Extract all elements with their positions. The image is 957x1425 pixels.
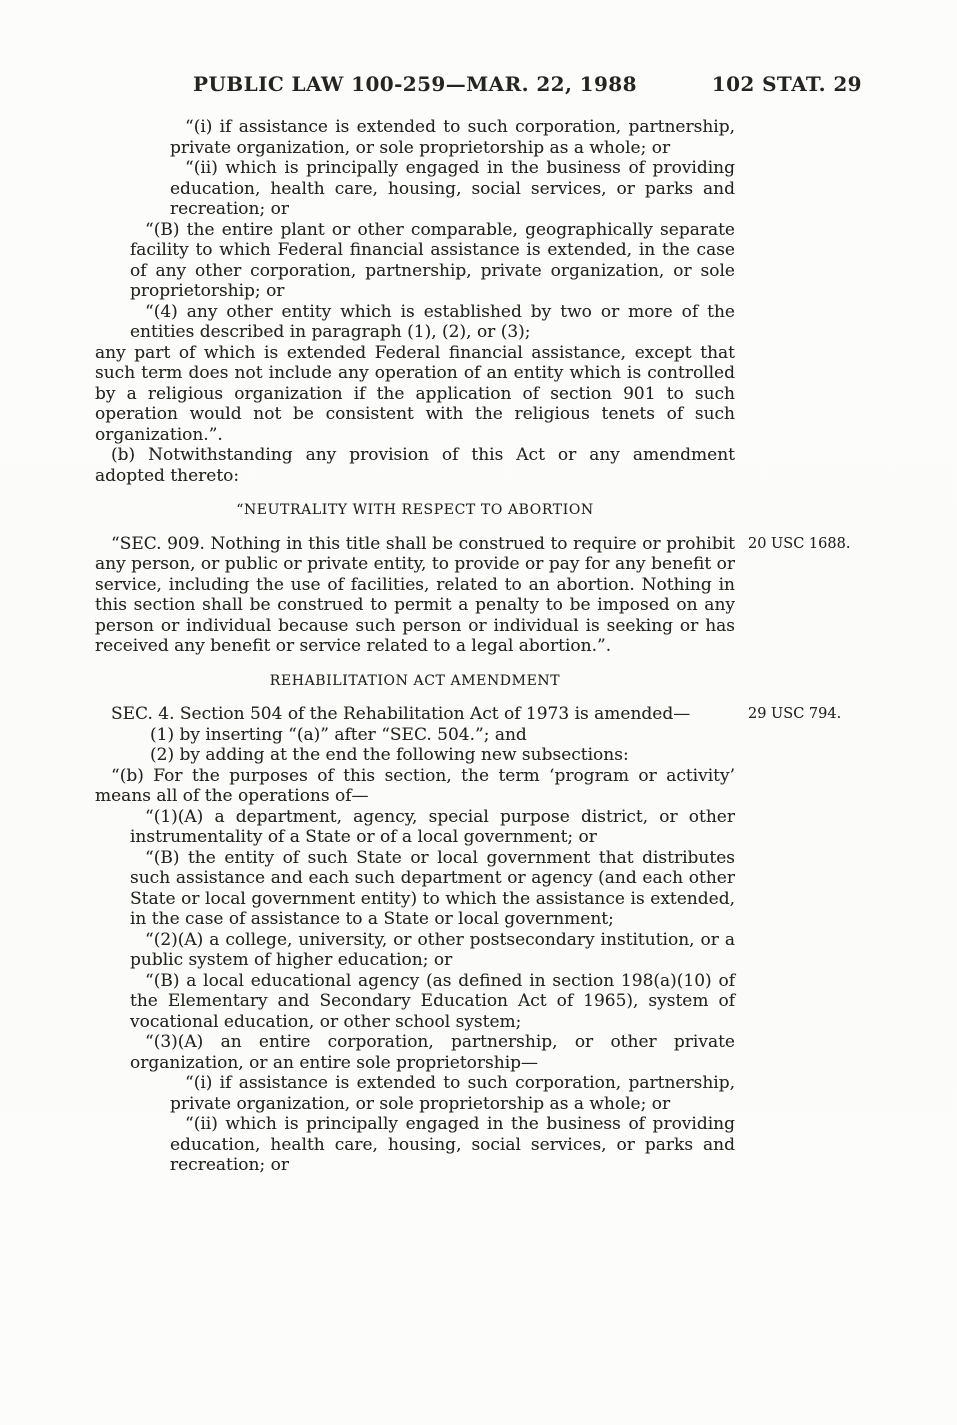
statute-paragraph: “(3)(A) an entire corporation, partnersh… bbox=[130, 1032, 735, 1073]
statute-paragraph: “(2)(A) a college, university, or other … bbox=[130, 930, 735, 971]
statute-scan-page: PUBLIC LAW 100-259—MAR. 22, 1988 102 STA… bbox=[0, 0, 957, 1425]
statute-paragraph: SEC. 4. Section 504 of the Rehabilitatio… bbox=[95, 704, 735, 725]
statute-paragraph: “(i) if assistance is extended to such c… bbox=[170, 117, 735, 158]
statute-paragraph: “(B) the entire plant or other comparabl… bbox=[130, 220, 735, 302]
law-title: PUBLIC LAW 100-259—MAR. 22, 1988 bbox=[95, 72, 735, 96]
statute-paragraph: (b) Notwithstanding any provision of thi… bbox=[95, 445, 735, 486]
statute-paragraph: “(ii) which is principally engaged in th… bbox=[170, 1114, 735, 1176]
statute-paragraph: “(1)(A) a department, agency, special pu… bbox=[130, 807, 735, 848]
usc-citation-margin-note: 29 USC 794. bbox=[748, 706, 908, 723]
usc-citation-margin-note: 20 USC 1688. bbox=[748, 536, 908, 553]
statute-paragraph: “SEC. 909. Nothing in this title shall b… bbox=[95, 534, 735, 657]
page-header: PUBLIC LAW 100-259—MAR. 22, 1988 102 STA… bbox=[95, 72, 862, 98]
section-heading: REHABILITATION ACT AMENDMENT bbox=[95, 671, 735, 692]
statute-paragraph: “(B) the entity of such State or local g… bbox=[130, 848, 735, 930]
statute-paragraph: any part of which is extended Federal fi… bbox=[95, 343, 735, 446]
statute-page-number: 102 STAT. 29 bbox=[712, 72, 862, 96]
statute-paragraph: “(4) any other entity which is establish… bbox=[130, 302, 735, 343]
statute-paragraph: (1) by inserting “(a)” after “SEC. 504.”… bbox=[150, 725, 735, 746]
statute-paragraph: “(b) For the purposes of this section, t… bbox=[95, 766, 735, 807]
statute-paragraph: “(B) a local educational agency (as defi… bbox=[130, 971, 735, 1033]
statute-paragraph: “(i) if assistance is extended to such c… bbox=[170, 1073, 735, 1114]
statute-body: “(i) if assistance is extended to such c… bbox=[95, 117, 735, 1176]
statute-paragraph: (2) by adding at the end the following n… bbox=[150, 745, 735, 766]
section-heading: “NEUTRALITY WITH RESPECT TO ABORTION bbox=[95, 500, 735, 521]
statute-paragraph: “(ii) which is principally engaged in th… bbox=[170, 158, 735, 220]
